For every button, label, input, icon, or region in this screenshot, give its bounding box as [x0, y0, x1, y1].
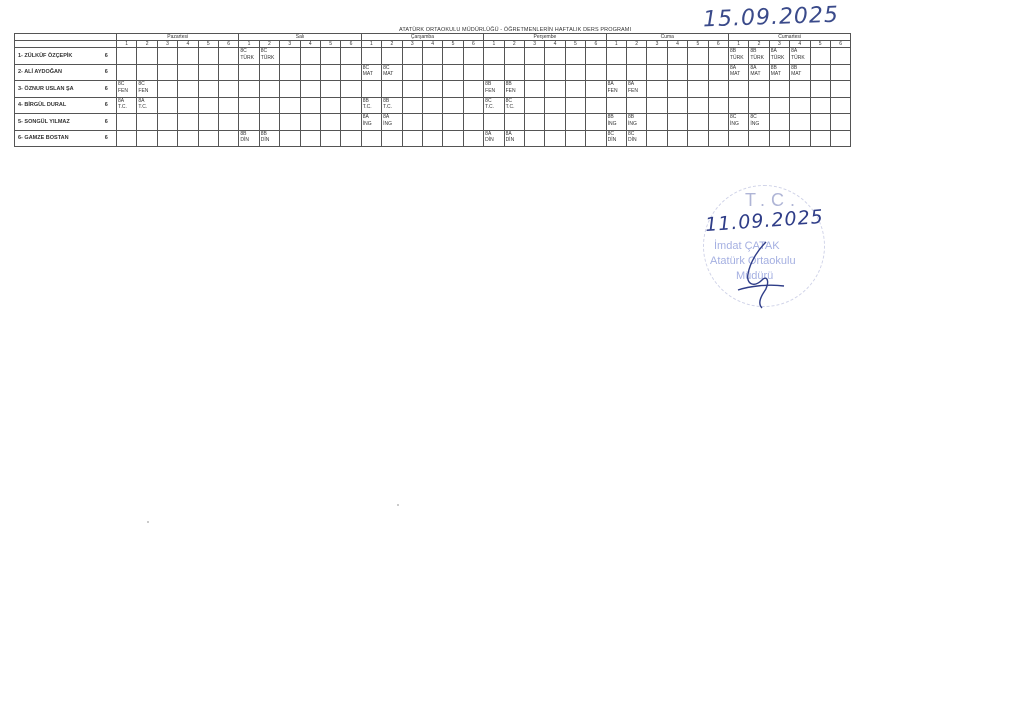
schedule-cell [178, 97, 198, 114]
schedule-cell: 8BT.C. [361, 97, 381, 114]
subject-code: İNG [627, 121, 646, 128]
schedule-cell [157, 48, 177, 65]
subject-code: T.C. [484, 104, 503, 111]
schedule-cell [218, 130, 238, 147]
period-header: 4 [422, 41, 442, 48]
schedule-cell [769, 97, 789, 114]
subject-code: DİN [627, 137, 646, 144]
schedule-cell [320, 130, 340, 147]
schedule-cell [545, 114, 565, 131]
period-header: 3 [157, 41, 177, 48]
schedule-cell [586, 48, 606, 65]
lesson-count: 6 [97, 81, 117, 98]
schedule-cell [259, 114, 279, 131]
day-header: Pazartesi [117, 34, 239, 41]
subject-code: MAT [382, 71, 401, 78]
schedule-cell [484, 64, 504, 81]
schedule-cell [810, 64, 830, 81]
schedule-cell [443, 64, 463, 81]
schedule-cell [361, 48, 381, 65]
schedule-cell [545, 81, 565, 98]
schedule-cell [810, 81, 830, 98]
period-header: 5 [688, 41, 708, 48]
scan-speck [147, 521, 149, 523]
schedule-cell [626, 48, 646, 65]
schedule-cell [830, 64, 850, 81]
schedule-cell: 8BTÜRK [728, 48, 748, 65]
schedule-cell [504, 64, 524, 81]
subject-code: MAT [362, 71, 381, 78]
schedule-cell [565, 97, 585, 114]
schedule-cell [606, 48, 626, 65]
period-header: 1 [239, 41, 259, 48]
schedule-cell [341, 130, 361, 147]
schedule-cell [463, 130, 483, 147]
lesson-count: 6 [97, 64, 117, 81]
period-header: 1 [606, 41, 626, 48]
schedule-cell: 8BDİN [259, 130, 279, 147]
schedule-cell [606, 97, 626, 114]
header-blank [15, 34, 117, 41]
subject-code: DİN [239, 137, 258, 144]
schedule-cell: 8CFEN [117, 81, 137, 98]
schedule-cell [320, 48, 340, 65]
schedule-cell [341, 97, 361, 114]
schedule-cell [647, 114, 667, 131]
schedule-cell [137, 64, 157, 81]
schedule-cell [422, 64, 442, 81]
teacher-row: 3- ÖZNUR USLAN ŞA68CFEN8CFEN8BFEN8BFEN8A… [15, 81, 851, 98]
subject-code: MAT [770, 71, 789, 78]
schedule-cell [504, 114, 524, 131]
schedule-cell: 8CTÜRK [259, 48, 279, 65]
scan-speck [397, 504, 399, 506]
subject-code: DİN [260, 137, 279, 144]
schedule-cell [198, 64, 218, 81]
period-header: 6 [463, 41, 483, 48]
subject-code: İNG [382, 121, 401, 128]
schedule-cell: 8BMAT [769, 64, 789, 81]
schedule-cell [708, 48, 728, 65]
schedule-cell [728, 81, 748, 98]
schedule-cell [545, 130, 565, 147]
schedule-cell [769, 130, 789, 147]
schedule-cell [443, 130, 463, 147]
period-header: 1 [484, 41, 504, 48]
schedule-cell [300, 64, 320, 81]
schedule-cell [137, 114, 157, 131]
subject-code: T.C. [382, 104, 401, 111]
schedule-cell [320, 64, 340, 81]
subject-code: DİN [505, 137, 524, 144]
period-header: 6 [218, 41, 238, 48]
schedule-cell [524, 114, 544, 131]
schedule-cell [708, 64, 728, 81]
schedule-cell [565, 48, 585, 65]
schedule-cell [667, 130, 687, 147]
day-header: Salı [239, 34, 361, 41]
schedule-cell [749, 81, 769, 98]
schedule-cell [484, 114, 504, 131]
schedule-cell: 8CMAT [382, 64, 402, 81]
teacher-row: 1- ZÜLKÜF ÖZÇEPİK68CTÜRK8CTÜRK8BTÜRK8BTÜ… [15, 48, 851, 65]
schedule-cell [463, 64, 483, 81]
period-header: 6 [341, 41, 361, 48]
schedule-cell [239, 97, 259, 114]
subject-code: FEN [627, 88, 646, 95]
period-header: 3 [280, 41, 300, 48]
subject-code: MAT [749, 71, 768, 78]
schedule-cell [708, 81, 728, 98]
schedule-cell [157, 130, 177, 147]
schedule-cell: 8CİNG [728, 114, 748, 131]
period-header: 4 [545, 41, 565, 48]
schedule-cell: 8BTÜRK [749, 48, 769, 65]
schedule-cell [565, 64, 585, 81]
schedule-cell [239, 64, 259, 81]
schedule-cell [198, 48, 218, 65]
schedule-cell: 8CTÜRK [239, 48, 259, 65]
schedule-cell [810, 130, 830, 147]
schedule-cell [667, 114, 687, 131]
teacher-row: 5- SONGÜL YILMAZ68AİNG8AİNG8BİNG8BİNG8Cİ… [15, 114, 851, 131]
schedule-cell [300, 97, 320, 114]
period-header: 3 [769, 41, 789, 48]
schedule-cell [218, 97, 238, 114]
schedule-cell [178, 114, 198, 131]
schedule-cell [708, 97, 728, 114]
schedule-cell [178, 48, 198, 65]
schedule-cell: 8AFEN [606, 81, 626, 98]
schedule-cell: 8BİNG [606, 114, 626, 131]
schedule-cell [382, 48, 402, 65]
schedule-cell [524, 130, 544, 147]
schedule-cell [341, 81, 361, 98]
schedule-cell [667, 81, 687, 98]
schedule-cell [667, 64, 687, 81]
schedule-cell [361, 81, 381, 98]
period-header: 6 [708, 41, 728, 48]
teacher-row: 6- GAMZE BOSTAN68BDİN8BDİN8ADİN8ADİN8CDİ… [15, 130, 851, 147]
schedule-cell [402, 64, 422, 81]
schedule-cell [606, 64, 626, 81]
schedule-cell [422, 114, 442, 131]
teacher-name: 4- BİRGÜL DURAL [15, 97, 97, 114]
period-header: 5 [443, 41, 463, 48]
schedule-cell [218, 81, 238, 98]
schedule-cell: 8AİNG [361, 114, 381, 131]
schedule-cell [178, 81, 198, 98]
schedule-cell [341, 114, 361, 131]
schedule-cell [524, 97, 544, 114]
schedule-cell [728, 130, 748, 147]
subject-code: FEN [137, 88, 156, 95]
day-header: Çarşamba [361, 34, 483, 41]
schedule-cell [810, 48, 830, 65]
schedule-cell [443, 81, 463, 98]
schedule-cell: 8AT.C. [117, 97, 137, 114]
schedule-cell [198, 114, 218, 131]
schedule-cell [117, 64, 137, 81]
schedule-cell [688, 114, 708, 131]
schedule-cell [443, 97, 463, 114]
lesson-count: 6 [97, 48, 117, 65]
schedule-cell [708, 130, 728, 147]
schedule-cell [157, 64, 177, 81]
schedule-cell: 8CT.C. [504, 97, 524, 114]
period-header: 5 [198, 41, 218, 48]
schedule-cell [688, 81, 708, 98]
schedule-cell [667, 97, 687, 114]
subject-code: T.C. [505, 104, 524, 111]
schedule-cell: 8AİNG [382, 114, 402, 131]
period-header: 5 [565, 41, 585, 48]
schedule-cell: 8AMAT [749, 64, 769, 81]
schedule-cell [280, 97, 300, 114]
day-header: Cumartesi [728, 34, 850, 41]
schedule-cell [300, 48, 320, 65]
schedule-cell [361, 130, 381, 147]
schedule-cell [382, 130, 402, 147]
schedule-cell [647, 130, 667, 147]
schedule-cell [504, 48, 524, 65]
schedule-cell [463, 114, 483, 131]
schedule-cell [688, 130, 708, 147]
period-header: 1 [361, 41, 381, 48]
schedule-cell [790, 81, 810, 98]
schedule-cell [320, 81, 340, 98]
schedule-cell [239, 114, 259, 131]
period-header: 4 [300, 41, 320, 48]
schedule-cell [647, 64, 667, 81]
schedule-cell: 8BT.C. [382, 97, 402, 114]
schedule-cell [565, 81, 585, 98]
teacher-name: 2- ALİ AYDOĞAN [15, 64, 97, 81]
signature [728, 240, 788, 310]
schedule-cell: 8ATÜRK [790, 48, 810, 65]
schedule-cell [402, 48, 422, 65]
schedule-cell [157, 114, 177, 131]
teacher-name: 1- ZÜLKÜF ÖZÇEPİK [15, 48, 97, 65]
day-header: Cuma [606, 34, 728, 41]
period-header: 2 [749, 41, 769, 48]
schedule-cell [422, 97, 442, 114]
schedule-cell [280, 64, 300, 81]
schedule-cell [218, 48, 238, 65]
subject-code: FEN [484, 88, 503, 95]
schedule-cell [586, 114, 606, 131]
schedule-cell [300, 130, 320, 147]
schedule-cell [463, 48, 483, 65]
lesson-count: 6 [97, 114, 117, 131]
schedule-cell: 8AFEN [626, 81, 646, 98]
schedule-cell [157, 81, 177, 98]
schedule-cell [402, 114, 422, 131]
schedule-cell [565, 130, 585, 147]
schedule-cell [341, 48, 361, 65]
schedule-cell [137, 130, 157, 147]
schedule-cell [769, 81, 789, 98]
teacher-row: 4- BİRGÜL DURAL68AT.C.8AT.C.8BT.C.8BT.C.… [15, 97, 851, 114]
teacher-row: 2- ALİ AYDOĞAN68CMAT8CMAT8AMAT8AMAT8BMAT… [15, 64, 851, 81]
schedule-cell: 8AT.C. [137, 97, 157, 114]
lesson-count: 6 [97, 97, 117, 114]
schedule-cell: 8CİNG [749, 114, 769, 131]
schedule-cell [830, 130, 850, 147]
period-header: 5 [320, 41, 340, 48]
teacher-name: 6- GAMZE BOSTAN [15, 130, 97, 147]
schedule-cell [463, 81, 483, 98]
subject-code: TÜRK [749, 55, 768, 62]
schedule-cell [117, 114, 137, 131]
schedule-cell [830, 48, 850, 65]
schedule-cell [280, 130, 300, 147]
schedule-cell: 8ATÜRK [769, 48, 789, 65]
schedule-cell [280, 48, 300, 65]
schedule-cell [830, 114, 850, 131]
subject-code: T.C. [137, 104, 156, 111]
schedule-cell: 8AMAT [728, 64, 748, 81]
schedule-cell [198, 81, 218, 98]
schedule-cell [524, 81, 544, 98]
schedule-cell [484, 48, 504, 65]
schedule-cell [749, 97, 769, 114]
schedule-cell [790, 97, 810, 114]
period-header: 3 [647, 41, 667, 48]
schedule-cell [300, 81, 320, 98]
subject-code: MAT [729, 71, 748, 78]
subject-code: DİN [607, 137, 626, 144]
period-header: 4 [667, 41, 687, 48]
schedule-cell: 8BFEN [504, 81, 524, 98]
schedule-cell: 8BFEN [484, 81, 504, 98]
schedule-cell [810, 97, 830, 114]
schedule-cell [708, 114, 728, 131]
schedule-cell [647, 81, 667, 98]
subject-code: T.C. [117, 104, 136, 111]
schedule-cell [300, 114, 320, 131]
subject-code: FEN [607, 88, 626, 95]
teacher-name: 3- ÖZNUR USLAN ŞA [15, 81, 97, 98]
schedule-cell [341, 64, 361, 81]
period-header: 6 [830, 41, 850, 48]
schedule-cell [647, 97, 667, 114]
schedule-cell: 8ADİN [484, 130, 504, 147]
schedule-cell [790, 114, 810, 131]
schedule-cell [749, 130, 769, 147]
schedule-cell: 8ADİN [504, 130, 524, 147]
schedule-cell [647, 48, 667, 65]
schedule-cell [198, 130, 218, 147]
schedule-cell [218, 64, 238, 81]
schedule-cell [586, 97, 606, 114]
schedule-cell [586, 81, 606, 98]
schedule-cell [463, 97, 483, 114]
schedule-cell [117, 48, 137, 65]
subject-code: İNG [749, 121, 768, 128]
period-header: 2 [382, 41, 402, 48]
header-blank [15, 41, 117, 48]
period-header: 2 [259, 41, 279, 48]
schedule-cell: 8BİNG [626, 114, 646, 131]
subject-code: FEN [505, 88, 524, 95]
handwritten-date: 15.09.2025 [703, 3, 840, 33]
schedule-cell: 8BMAT [790, 64, 810, 81]
schedule-cell [259, 97, 279, 114]
schedule-cell [402, 97, 422, 114]
period-header: 1 [728, 41, 748, 48]
schedule-cell [280, 81, 300, 98]
period-header: 2 [504, 41, 524, 48]
schedule-cell [545, 97, 565, 114]
schedule-cell [769, 114, 789, 131]
schedule-cell: 8BDİN [239, 130, 259, 147]
subject-code: İNG [607, 121, 626, 128]
schedule-cell [688, 97, 708, 114]
schedule-cell [320, 97, 340, 114]
schedule-cell [178, 130, 198, 147]
subject-code: MAT [790, 71, 809, 78]
schedule-cell [443, 48, 463, 65]
schedule-cell: 8CDİN [626, 130, 646, 147]
period-header: 3 [524, 41, 544, 48]
schedule-cell [545, 48, 565, 65]
schedule-cell [259, 81, 279, 98]
schedule-cell [259, 64, 279, 81]
subject-code: TÜRK [260, 55, 279, 62]
period-header: 6 [586, 41, 606, 48]
schedule-cell [178, 64, 198, 81]
schedule-cell [422, 81, 442, 98]
schedule-cell [422, 130, 442, 147]
schedule-table: PazartesiSalıÇarşambaPerşembeCumaCumarte… [14, 33, 851, 147]
teacher-name: 5- SONGÜL YILMAZ [15, 114, 97, 131]
subject-code: TÜRK [239, 55, 258, 62]
subject-code: İNG [729, 121, 748, 128]
schedule-cell [524, 48, 544, 65]
schedule-cell [280, 114, 300, 131]
schedule-cell [157, 97, 177, 114]
period-header: 4 [178, 41, 198, 48]
schedule-cell [218, 114, 238, 131]
schedule-cell [586, 130, 606, 147]
schedule-cell [688, 48, 708, 65]
subject-code: DİN [484, 137, 503, 144]
day-header: Perşembe [484, 34, 606, 41]
schedule-cell [198, 97, 218, 114]
schedule-cell [626, 97, 646, 114]
period-header: 1 [117, 41, 137, 48]
schedule-cell [830, 81, 850, 98]
schedule-cell [626, 64, 646, 81]
schedule-cell: 8CDİN [606, 130, 626, 147]
schedule-cell [524, 64, 544, 81]
schedule-cell [117, 130, 137, 147]
schedule-cell: 8CT.C. [484, 97, 504, 114]
schedule-cell [790, 130, 810, 147]
subject-code: TÜRK [790, 55, 809, 62]
schedule-cell [382, 81, 402, 98]
schedule-cell [320, 114, 340, 131]
period-header: 5 [810, 41, 830, 48]
subject-code: TÜRK [770, 55, 789, 62]
period-header: 2 [626, 41, 646, 48]
schedule-cell [239, 81, 259, 98]
subject-code: FEN [117, 88, 136, 95]
schedule-cell [830, 97, 850, 114]
schedule-cell [137, 48, 157, 65]
period-header: 4 [790, 41, 810, 48]
